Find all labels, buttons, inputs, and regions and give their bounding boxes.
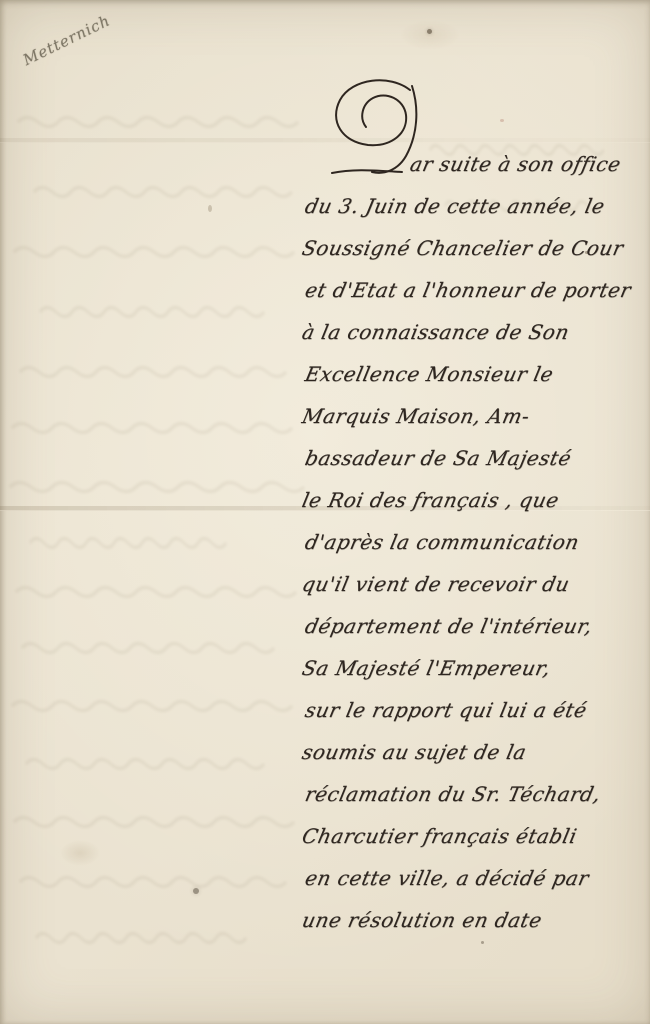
- letter-line: à la connaissance de Son: [298, 311, 650, 353]
- paper-stain: [400, 20, 460, 50]
- letter-line: bassadeur de Sa Majesté: [301, 437, 650, 479]
- letter-line: d'après la communication: [301, 521, 650, 563]
- letter-line: Marquis Maison, Am-: [298, 395, 650, 437]
- letter-line: et d'Etat a l'honneur de porter: [301, 269, 650, 311]
- ink-speck: [481, 941, 484, 944]
- letter-page: Metternich P ar suite à son office du 3.…: [0, 0, 650, 1024]
- letter-line: sur le rapport qui lui a été: [301, 689, 650, 731]
- letter-line: ar suite à son office: [298, 143, 650, 185]
- letter-line: en cette ville, a décidé par: [301, 857, 650, 899]
- letter-line: une résolution en date: [298, 899, 650, 941]
- letter-line: Excellence Monsieur le: [301, 353, 650, 395]
- letter-line: département de l'intérieur,: [301, 605, 650, 647]
- letter-line: du 3. Juin de cette année, le: [301, 185, 650, 227]
- letter-line: soumis au sujet de la: [298, 731, 650, 773]
- ink-speck: [500, 119, 504, 122]
- letter-line: qu'il vient de recevoir du: [298, 563, 650, 605]
- letter-line: Charcutier français établi: [298, 815, 650, 857]
- letter-line: le Roi des français , que: [298, 479, 650, 521]
- ink-speck: [193, 888, 199, 894]
- letter-line: Soussigné Chancelier de Cour: [298, 227, 650, 269]
- letter-body: ar suite à son office du 3. Juin de cett…: [298, 143, 650, 941]
- paper-stain: [60, 840, 100, 866]
- ink-speck: [427, 29, 432, 34]
- ink-speck: [208, 205, 212, 212]
- letter-line: Sa Majesté l'Empereur,: [298, 647, 650, 689]
- letter-line: réclamation du Sr. Téchard,: [301, 773, 650, 815]
